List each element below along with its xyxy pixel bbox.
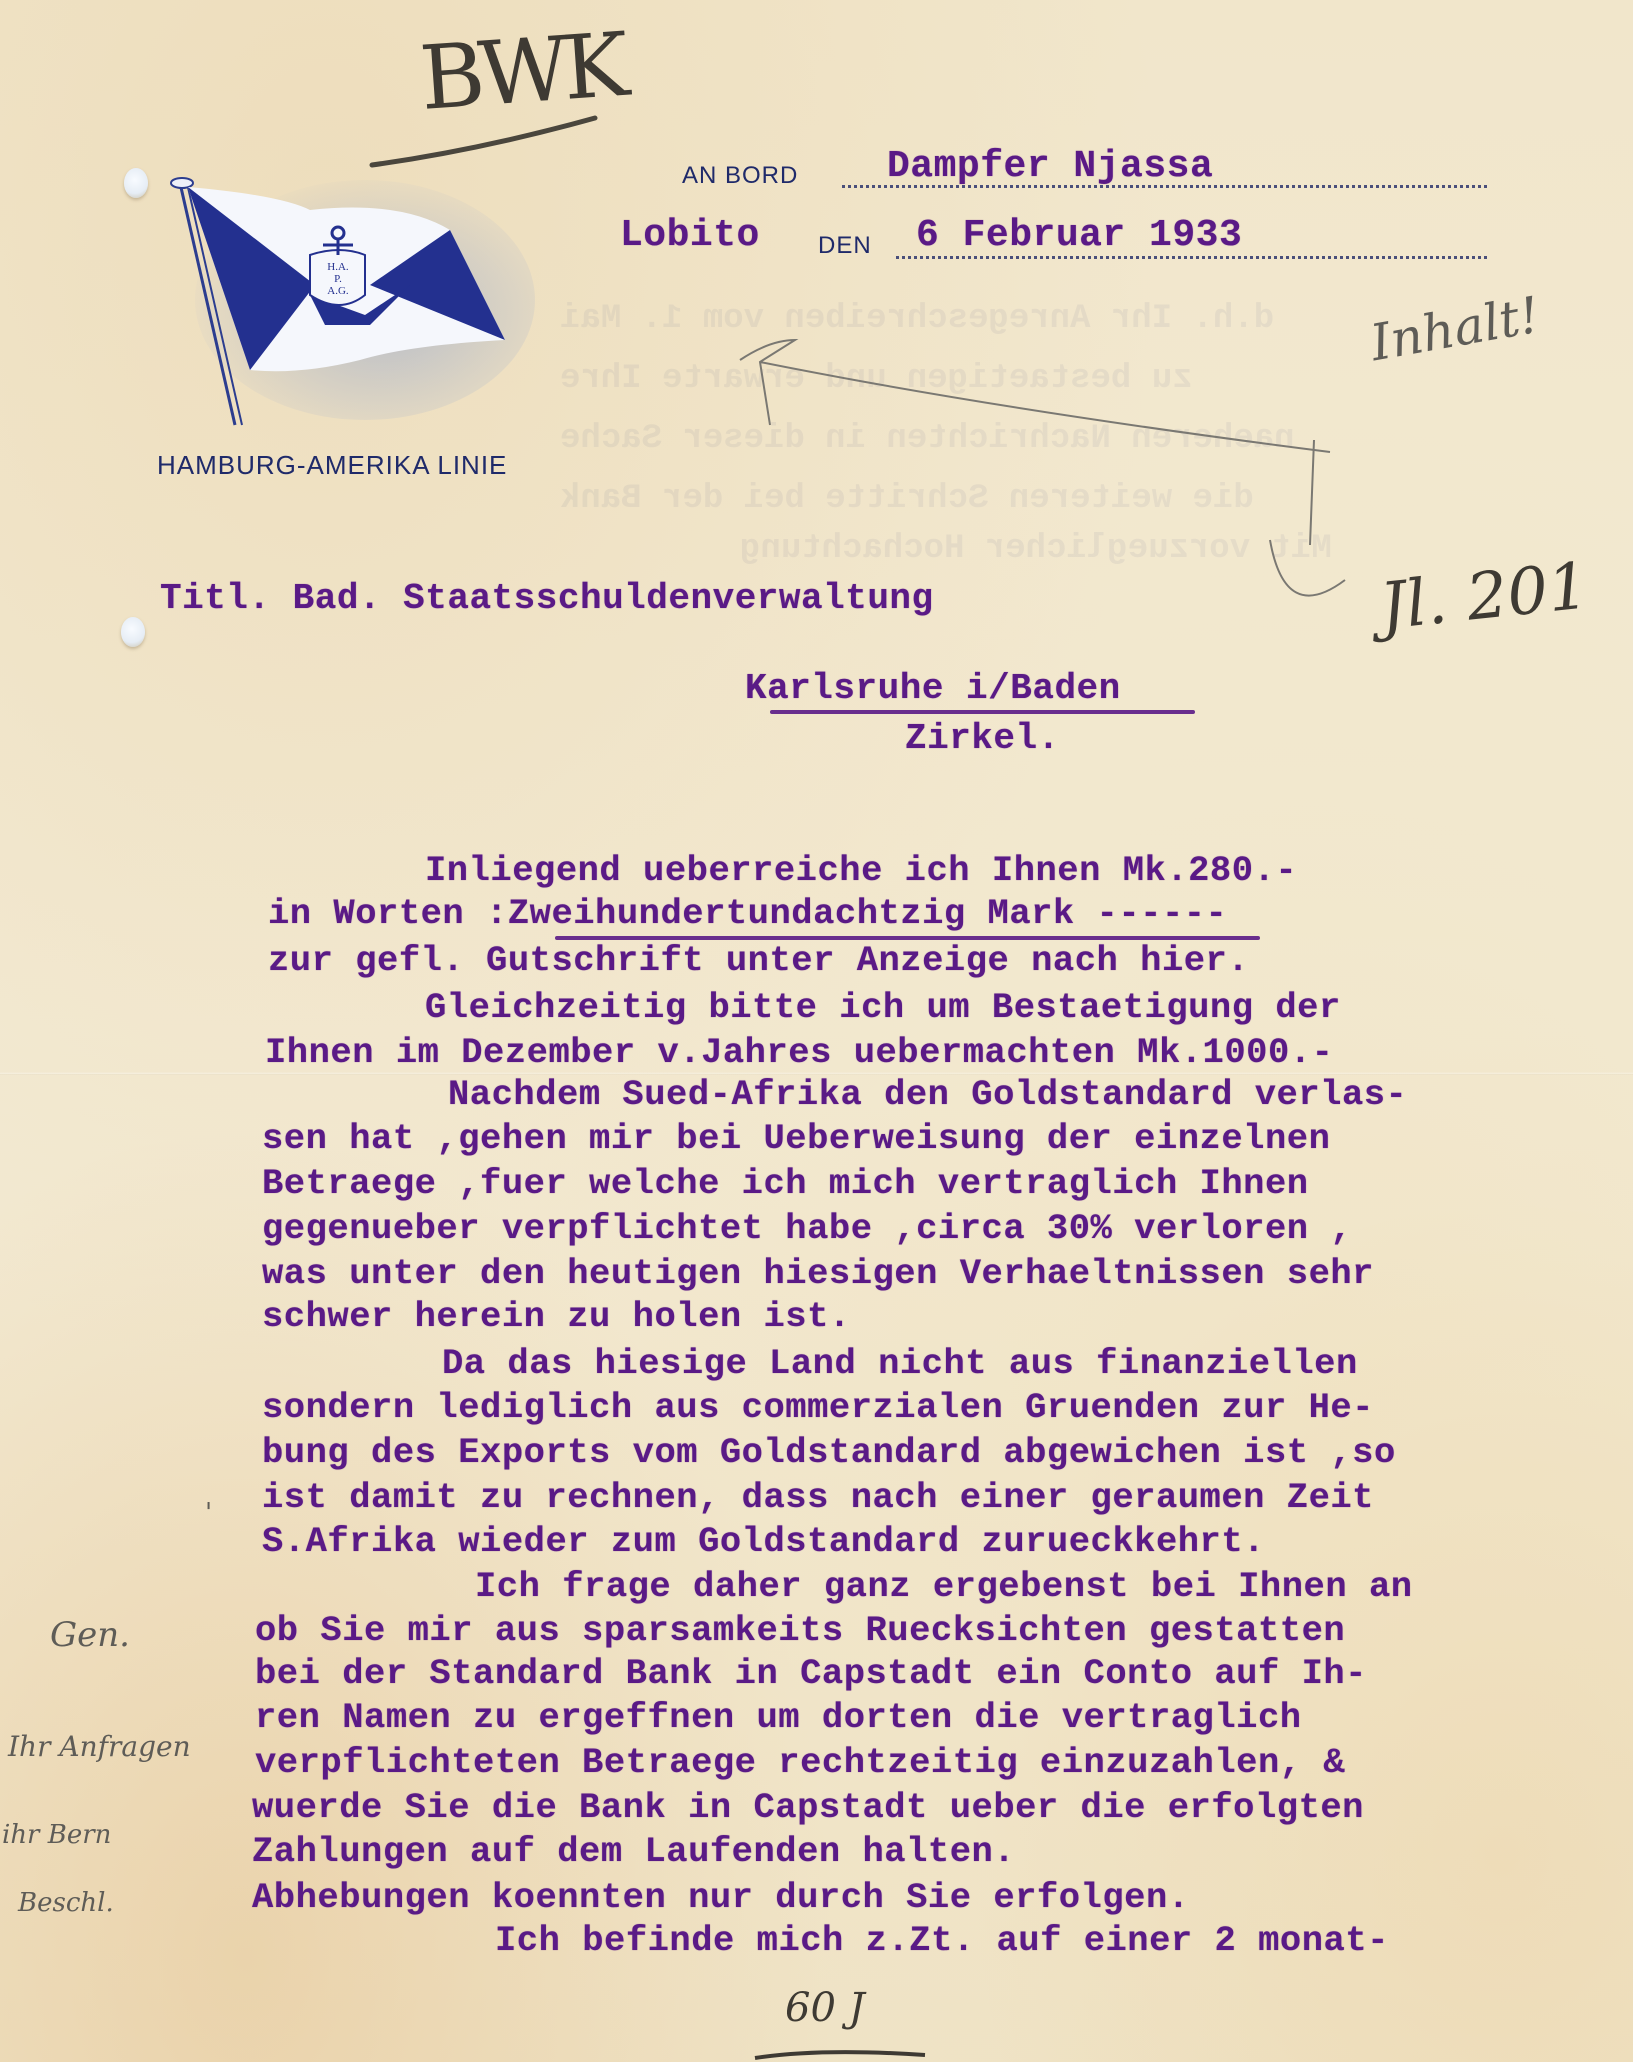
pen-stroke [0,0,1633,2062]
